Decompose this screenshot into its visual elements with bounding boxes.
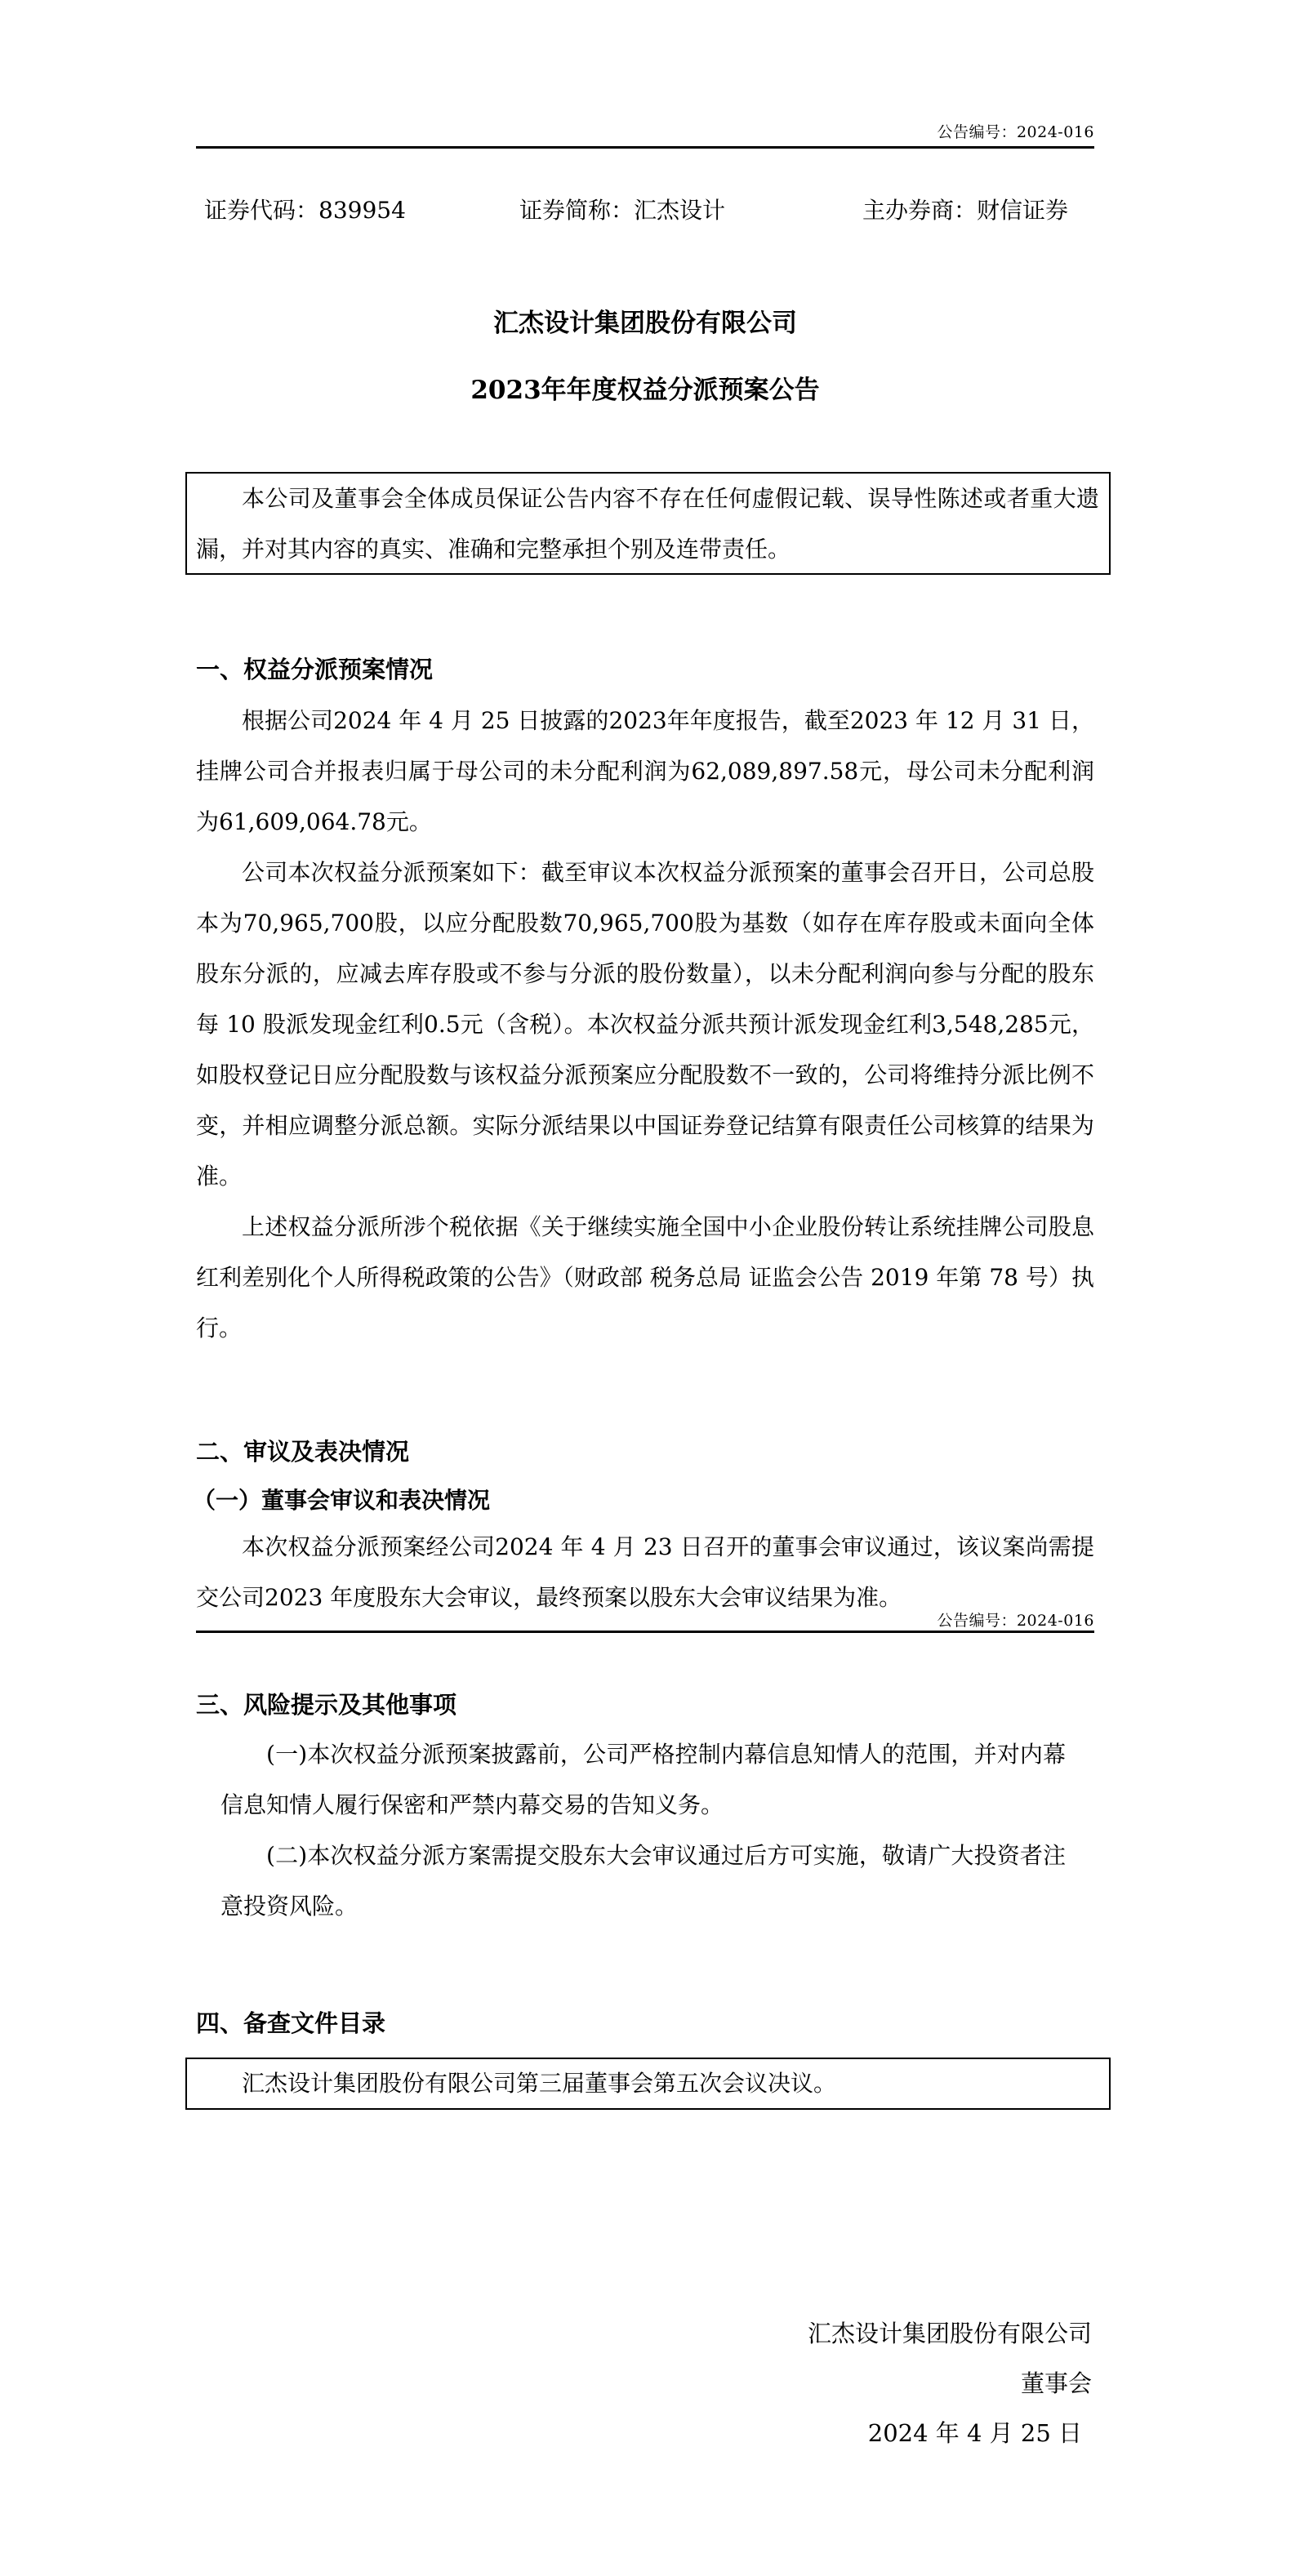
section-1-paragraph-3: 上述权益分派所涉个税依据《关于继续实施全国中小企业股份转让系统挂牌公司股息红利差… xyxy=(196,1202,1094,1354)
section-1-paragraph-1: 根据公司2024 年 4 月 25 日披露的2023年年度报告，截至2023 年… xyxy=(196,696,1094,848)
signature-date: 2024 年 4 月 25 日 xyxy=(868,2415,1082,2449)
section-2-subheading: （一）董事会审议和表决情况 xyxy=(193,1483,490,1515)
signature-company: 汇杰设计集团股份有限公司 xyxy=(808,2316,1092,2349)
section-3-heading: 三、风险提示及其他事项 xyxy=(196,1687,456,1720)
page-2-header-rule xyxy=(196,1631,1094,1633)
stock-code: 证券代码：839954 xyxy=(204,193,406,225)
section-4-heading: 四、备查文件目录 xyxy=(196,2005,385,2039)
header-rule xyxy=(196,146,1094,149)
statement-text: 本公司及董事会全体成员保证公告内容不存在任何虚假记载、误导性陈述或者重大遗漏，并… xyxy=(196,474,1099,575)
page-2-doc-number: 公告编号：2024-016 xyxy=(196,1608,1094,1631)
announcement-title: 2023年年度权益分派预案公告 xyxy=(196,369,1094,406)
company-title: 汇杰设计集团股份有限公司 xyxy=(196,302,1094,339)
securities-info-row: 证券代码：839954 证券简称：汇杰设计 主办券商：财信证券 xyxy=(196,193,1094,225)
sponsor-broker: 主办券商：财信证券 xyxy=(862,193,1068,225)
risk-item-1: (一)本次权益分派预案披露前，公司严格控制内幕信息知情人的范围，并对内幕信息知情… xyxy=(220,1729,1066,1831)
signature-board: 董事会 xyxy=(1021,2365,1092,2399)
section-1-paragraph-2: 公司本次权益分派预案如下：截至审议本次权益分派预案的董事会召开日，公司总股本为7… xyxy=(196,848,1094,1202)
risk-item-2: (二)本次权益分派方案需提交股东大会审议通过后方可实施，敬请广大投资者注意投资风… xyxy=(220,1831,1066,1932)
section-2-heading: 二、审议及表决情况 xyxy=(196,1434,409,1467)
doc-number-header: 公告编号：2024-016 xyxy=(196,120,1094,142)
reference-documents-box: 汇杰设计集团股份有限公司第三届董事会第五次会议决议。 xyxy=(185,2058,1111,2110)
reference-document-item: 汇杰设计集团股份有限公司第三届董事会第五次会议决议。 xyxy=(242,2059,1099,2108)
statement-box: 本公司及董事会全体成员保证公告内容不存在任何虚假记载、误导性陈述或者重大遗漏，并… xyxy=(185,472,1111,575)
stock-name: 证券简称：汇杰设计 xyxy=(519,193,725,225)
section-1-heading: 一、权益分派预案情况 xyxy=(196,652,433,685)
